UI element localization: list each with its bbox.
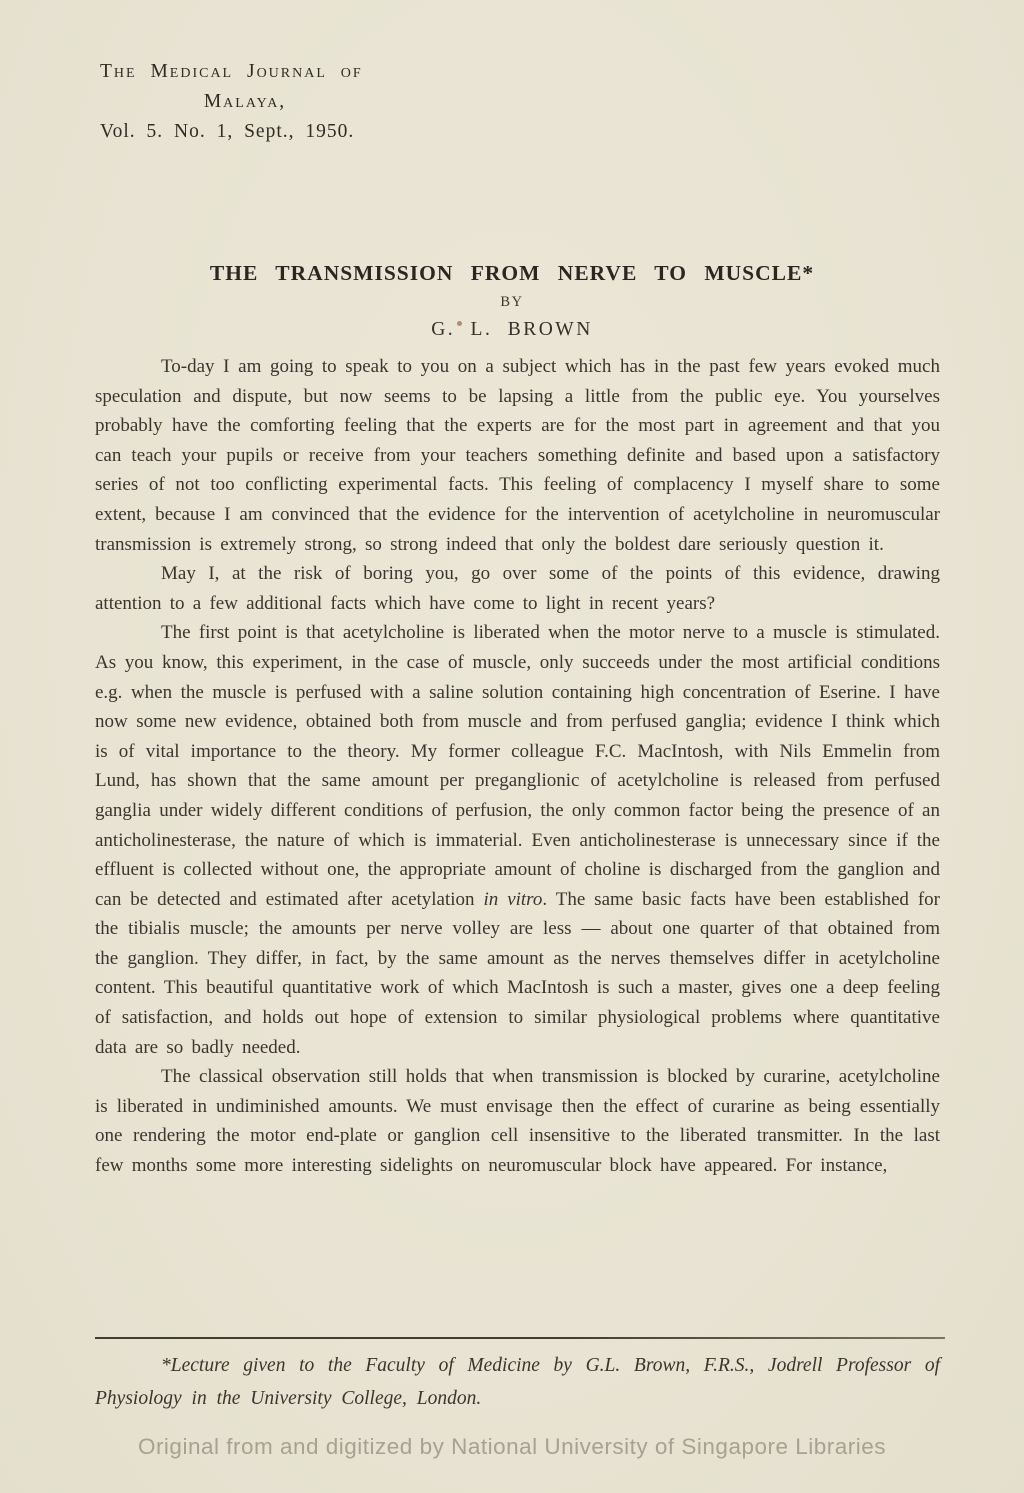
digitization-watermark: Original from and digitized by National …	[0, 1434, 1024, 1460]
lecture-footnote: *Lecture given to the Faculty of Medicin…	[95, 1349, 940, 1415]
journal-masthead: The Medical Journal of Malaya, Vol. 5. N…	[100, 57, 400, 147]
paragraph: The classical observation still holds th…	[95, 1062, 940, 1180]
journal-volume-issue-date: Vol. 5. No. 1, Sept., 1950.	[100, 117, 400, 147]
byline-label: BY	[0, 294, 1024, 311]
paragraph: The first point is that acetylcholine is…	[95, 618, 940, 1062]
paragraph: May I, at the risk of boring you, go ove…	[95, 559, 940, 618]
article-title: THE TRANSMISSION FROM NERVE TO MUSCLE*	[0, 261, 1024, 286]
print-speck-artifact	[457, 321, 462, 326]
paragraph: To-day I am going to speak to you on a s…	[95, 352, 940, 559]
author-name: G. L. BROWN	[0, 319, 1024, 341]
journal-name-line2: Malaya,	[100, 87, 390, 117]
footnote-separator-rule	[95, 1337, 945, 1339]
journal-name-line1: The Medical Journal of	[100, 57, 400, 87]
article-body: To-day I am going to speak to you on a s…	[95, 352, 940, 1181]
